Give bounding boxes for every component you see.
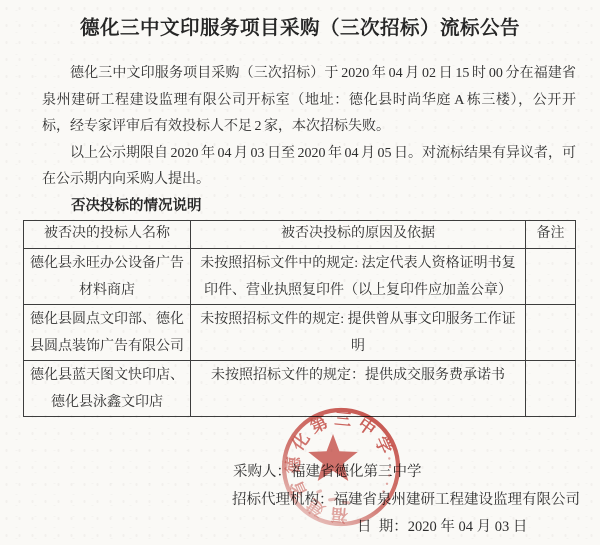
paragraph-publicity-period: 以上公示期限自 2020 年 04 月 03 日至 2020 年 04 月 05… [42,141,576,194]
page-title: 德化三中文印服务项目采购（三次招标）流标公告 [10,16,590,42]
col-header-bidder-name: 被否决的投标人名称 [24,220,191,248]
bidder-name-cell: 德化县永旺办公设备广告材料商店 [24,248,191,304]
purchaser-value: 福建省德化第三中学 [291,464,422,480]
remark-cell [526,304,576,360]
date-line: 日 期：2020 年 04 月 03 日 [357,517,527,537]
table-row: 德化县永旺办公设备广告材料商店 未按照招标文件中的规定: 法定代表人资格证明书复… [24,248,576,304]
col-header-remark: 备注 [526,220,576,248]
agency-value: 福建省泉州建研工程建设监理有限公司 [334,492,581,508]
date-label: 日 期： [357,519,408,535]
rejection-reason-cell: 未按照招标文件中的规定: 法定代表人资格证明书复印件、营业执照复印件（以上复印件… [191,248,526,304]
announcement-document: 德化三中文印服务项目采购（三次招标）流标公告 德化三中文印服务项目采购（三次招标… [0,0,600,545]
date-value: 2020 年 04 月 03 日 [408,519,528,535]
rejection-table: 被否决的投标人名称 被否决投标的原因及依据 备注 德化县永旺办公设备广告材料商店… [23,220,576,417]
table-row: 德化县蓝天图文快印店、德化县泳鑫文印店 未按照招标文件的规定：提供成交服务费承诺… [24,360,576,416]
remark-cell [526,248,576,304]
bidder-name-cell: 德化县蓝天图文快印店、德化县泳鑫文印店 [24,360,191,416]
paragraph-opening: 德化三中文印服务项目采购（三次招标）于 2020 年 04 月 02 日 15 … [42,61,576,141]
agency-line: 招标代理机构：福建省泉州建研工程建设监理有限公司 [232,490,580,510]
col-header-rejection-reason: 被否决投标的原因及依据 [191,220,526,248]
table-row: 德化县圆点文印部、德化县圆点装饰广告有限公司 未按照招标文件的规定: 提供曾从事… [24,304,576,360]
rejection-reason-cell: 未按照招标文件的规定: 提供曾从事文印服务工作证明 [191,304,526,360]
agency-label: 招标代理机构： [232,492,334,508]
section-heading: 否决投标的情况说明 [42,194,576,219]
bidder-name-cell: 德化县圆点文印部、德化县圆点装饰广告有限公司 [24,304,191,360]
purchaser-label: 采购人： [233,464,291,480]
rejection-reason-cell: 未按照招标文件的规定：提供成交服务费承诺书 [191,360,526,416]
table-header-row: 被否决的投标人名称 被否决投标的原因及依据 备注 [24,220,576,248]
remark-cell [526,360,576,416]
purchaser-line: 采购人：福建省德化第三中学 [233,462,422,482]
